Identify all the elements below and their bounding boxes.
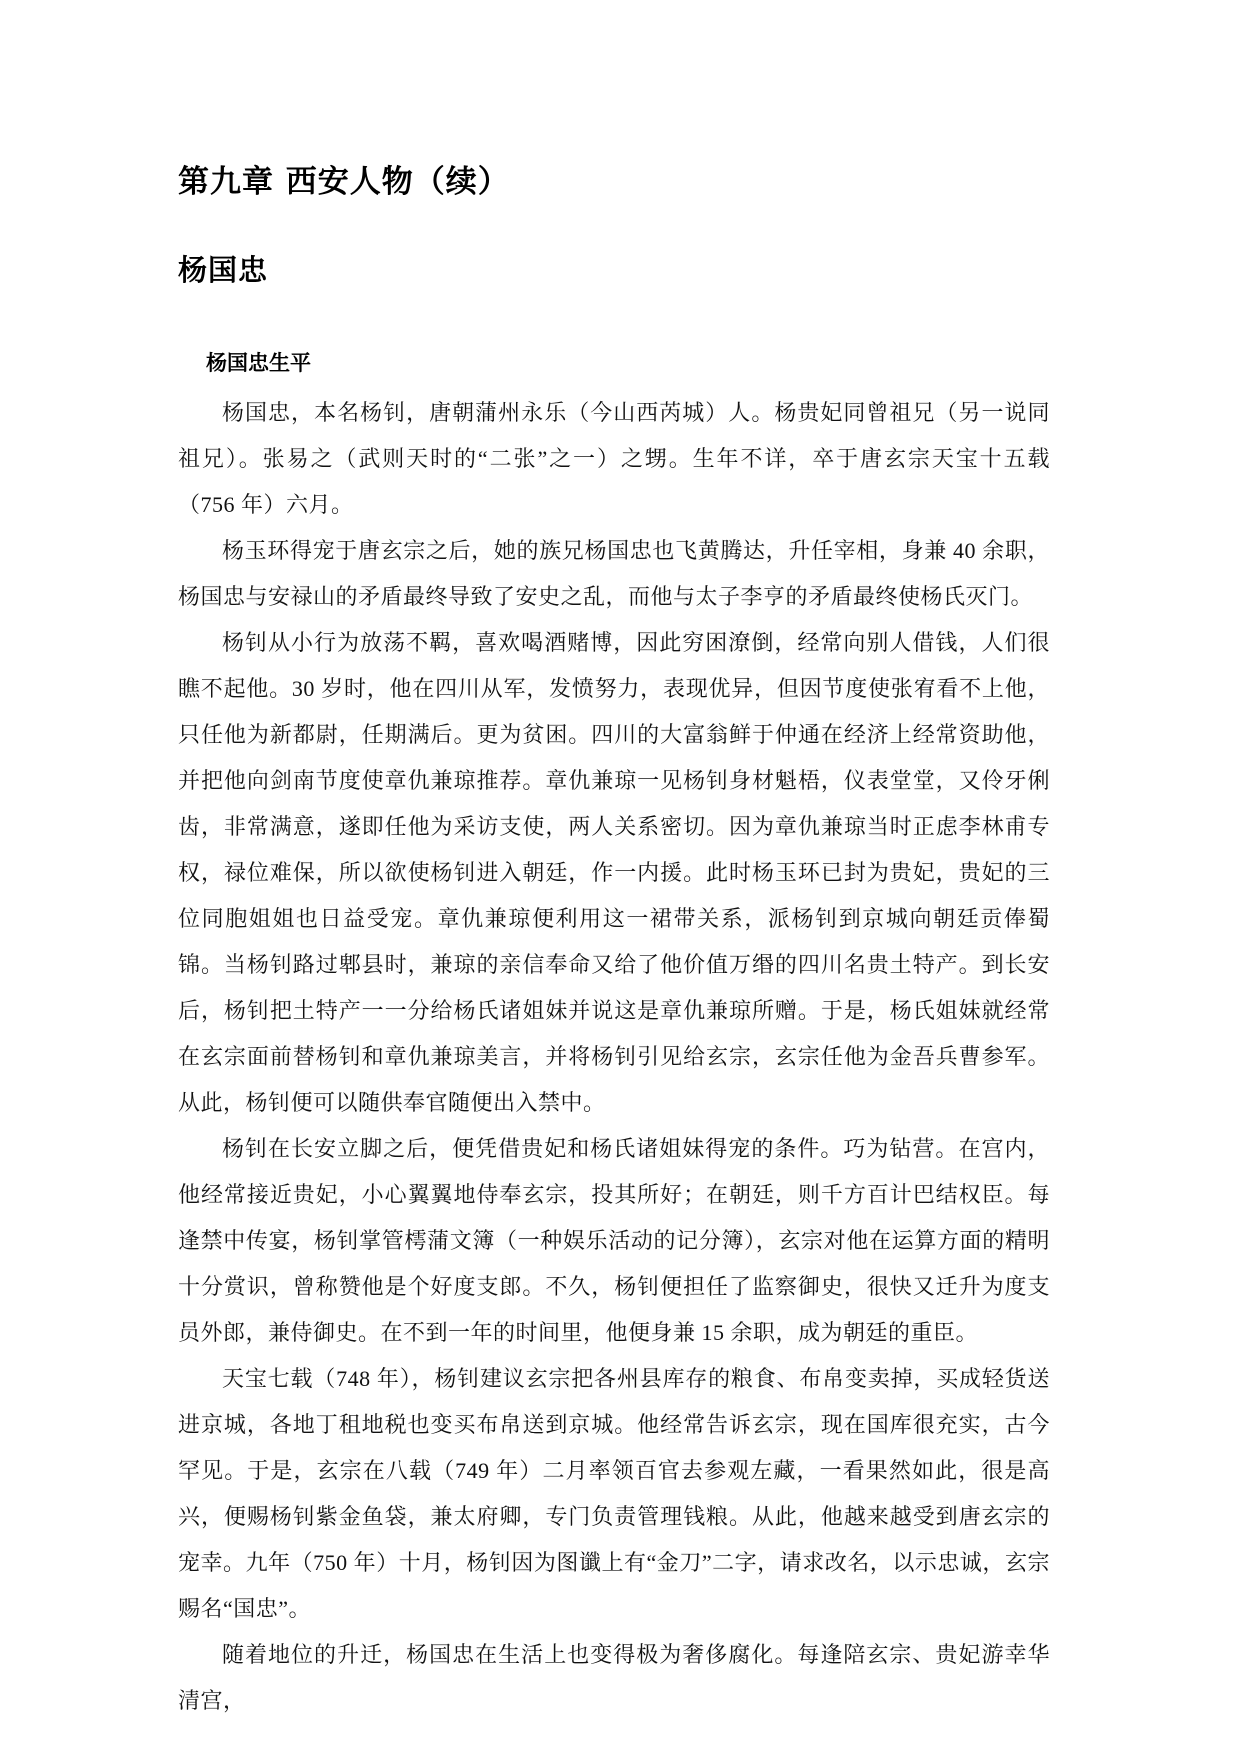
section-title: 杨国忠 [178, 252, 1050, 290]
document-body: 杨国忠，本名杨钊，唐朝蒲州永乐（今山西芮城）人。杨贵妃同曾祖兄（另一说同祖兄）。… [178, 390, 1050, 1724]
paragraph: 杨国忠，本名杨钊，唐朝蒲州永乐（今山西芮城）人。杨贵妃同曾祖兄（另一说同祖兄）。… [178, 390, 1050, 528]
chapter-title: 第九章 西安人物（续） [178, 162, 1050, 202]
paragraph: 杨钊从小行为放荡不羁，喜欢喝酒赌博，因此穷困潦倒，经常向别人借钱，人们很瞧不起他… [178, 620, 1050, 1126]
paragraph: 天宝七载（748 年），杨钊建议玄宗把各州县库存的粮食、布帛变卖掉，买成轻货送进… [178, 1356, 1050, 1632]
subsection-title: 杨国忠生平 [178, 348, 1050, 378]
document-page: 第九章 西安人物（续） 杨国忠 杨国忠生平 杨国忠，本名杨钊，唐朝蒲州永乐（今山… [0, 0, 1240, 1754]
paragraph: 杨钊在长安立脚之后，便凭借贵妃和杨氏诸姐妹得宠的条件。巧为钻营。在宫内，他经常接… [178, 1126, 1050, 1356]
paragraph: 随着地位的升迁，杨国忠在生活上也变得极为奢侈腐化。每逢陪玄宗、贵妃游幸华清宫， [178, 1632, 1050, 1724]
paragraph: 杨玉环得宠于唐玄宗之后，她的族兄杨国忠也飞黄腾达，升任宰相，身兼 40 余职，杨… [178, 528, 1050, 620]
